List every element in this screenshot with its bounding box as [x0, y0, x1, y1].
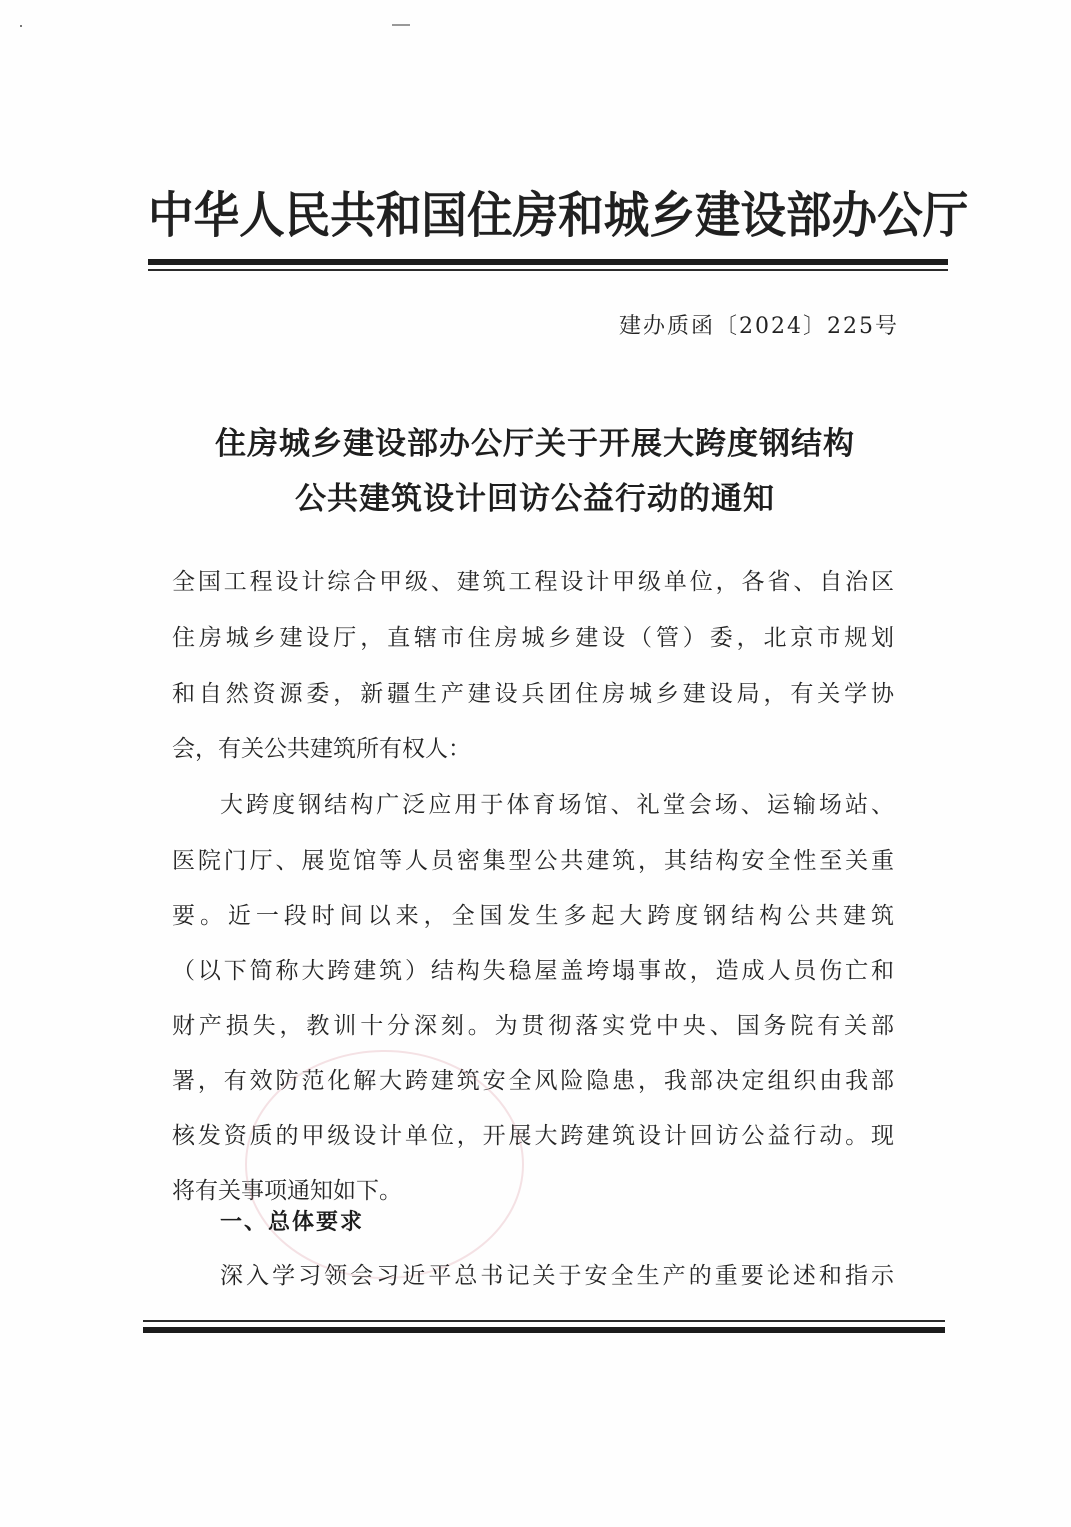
paragraph-line: 署，有效防范化解大跨建筑安全风险隐患，我部决定组织由我部 — [172, 1065, 894, 1097]
scan-speck — [392, 24, 410, 26]
paragraph-line: 将有关事项通知如下。 — [172, 1175, 894, 1207]
addressee-line: 住房城乡建设厅，直辖市住房城乡建设（管）委，北京市规划 — [172, 622, 894, 654]
header-rule-thin — [148, 269, 948, 271]
addressee-line: 和自然资源委，新疆生产建设兵团住房城乡建设局，有关学协 — [172, 678, 894, 710]
paragraph-line: 核发资质的甲级设计单位，开展大跨建筑设计回访公益行动。现 — [172, 1120, 894, 1152]
issuing-authority-header: 中华人民共和国住房和城乡建设部办公厅 — [148, 178, 892, 254]
paragraph-line: （以下简称大跨建筑）结构失稳屋盖垮塌事故，造成人员伤亡和 — [172, 955, 894, 987]
footer-rule-thick — [143, 1327, 945, 1333]
paragraph-line: 医院门厅、展览馆等人员密集型公共建筑，其结构安全性至关重 — [172, 845, 894, 877]
paragraph-line: 深入学习领会习近平总书记关于安全生产的重要论述和指示 — [220, 1260, 894, 1292]
document-number: 建办质函〔2024〕225号 — [619, 309, 899, 340]
section-heading: 一、总体要求 — [220, 1205, 364, 1236]
footer-rule-thin — [143, 1320, 945, 1322]
addressee-line: 会，有关公共建筑所有权人： — [172, 733, 894, 765]
paragraph-line: 要。近一段时间以来，全国发生多起大跨度钢结构公共建筑 — [172, 900, 894, 932]
paragraph-line: 大跨度钢结构广泛应用于体育场馆、礼堂会场、运输场站、 — [220, 789, 894, 821]
header-rule-thick — [148, 259, 948, 265]
document-page: 中华人民共和国住房和城乡建设部办公厅 建办质函〔2024〕225号 住房城乡建设… — [0, 0, 1071, 1527]
addressee-line: 全国工程设计综合甲级、建筑工程设计甲级单位，各省、自治区 — [172, 566, 894, 598]
scan-speck — [20, 25, 22, 27]
paragraph-line: 财产损失，教训十分深刻。为贯彻落实党中央、国务院有关部 — [172, 1010, 894, 1042]
document-title-line-1: 住房城乡建设部办公厅关于开展大跨度钢结构 — [150, 418, 920, 463]
document-title-line-2: 公共建筑设计回访公益行动的通知 — [150, 473, 920, 518]
